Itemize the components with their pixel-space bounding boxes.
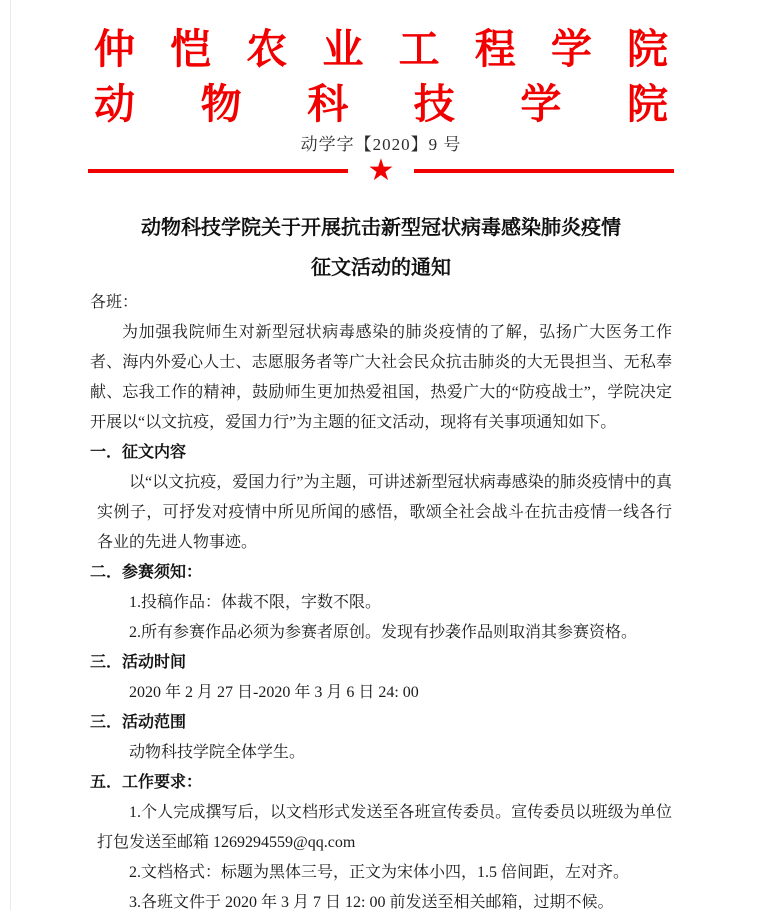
star-icon: ★ xyxy=(368,158,395,184)
section-heading: 二．参赛须知： xyxy=(90,558,672,588)
org-name-char: 农 xyxy=(246,22,287,77)
doc-title: 动物科技学院关于开展抗击新型冠状病毒感染肺炎疫情 征文活动的通知 xyxy=(90,208,672,288)
org-name-char: 程 xyxy=(475,22,516,77)
section-paragraph: 以“以文抗疫，爱国力行”为主题，可讲述新型冠状病毒感染的肺炎疫情中的真实例子，可… xyxy=(90,468,672,558)
section-heading: 三．活动时间 xyxy=(90,648,672,678)
red-line-right xyxy=(414,169,674,173)
document-page: 仲恺农业工程学院 动物科技学院 动学字【2020】9 号 ★ 动物科技学院关于开… xyxy=(0,0,762,910)
doc-title-line1: 动物科技学院关于开展抗击新型冠状病毒感染肺炎疫情 xyxy=(90,208,672,248)
org-name-char: 科 xyxy=(307,77,348,132)
org-name-char: 技 xyxy=(414,77,455,132)
org-name-char: 物 xyxy=(201,77,242,132)
section-paragraph: 2020 年 2 月 27 日-2020 年 3 月 6 日 24: 00 xyxy=(90,678,672,708)
org-name-line2: 动物科技学院 xyxy=(94,77,668,132)
sections-container: 一．征文内容以“以文抗疫，爱国力行”为主题，可讲述新型冠状病毒感染的肺炎疫情中的… xyxy=(90,438,672,910)
section-heading: 一．征文内容 xyxy=(90,438,672,468)
section-paragraph: 2.所有参赛作品必须为参赛者原创。发现有抄袭作品则取消其参赛资格。 xyxy=(90,618,672,648)
red-line-left xyxy=(88,169,348,173)
org-name-char: 业 xyxy=(322,22,363,77)
org-name-char: 工 xyxy=(399,22,440,77)
section-heading: 五．工作要求： xyxy=(90,768,672,798)
org-name-char: 学 xyxy=(520,77,561,132)
section-heading: 三．活动范围 xyxy=(90,708,672,738)
section-paragraph: 1.投稿作品：体裁不限，字数不限。 xyxy=(90,588,672,618)
org-name-char: 动 xyxy=(94,77,135,132)
org-name-char: 恺 xyxy=(170,22,211,77)
org-name-char: 院 xyxy=(627,22,668,77)
section-paragraph: 2.文档格式：标题为黑体三号，正文为宋体小四，1.5 倍间距，左对齐。 xyxy=(90,858,672,888)
doc-title-line2: 征文活动的通知 xyxy=(90,248,672,288)
org-name-line1: 仲恺农业工程学院 xyxy=(94,22,668,77)
letterhead: 仲恺农业工程学院 动物科技学院 xyxy=(0,0,762,132)
org-name-char: 院 xyxy=(627,77,668,132)
org-name-char: 仲 xyxy=(94,22,135,77)
section-paragraph: 3.各班文件于 2020 年 3 月 7 日 12: 00 前发送至相关邮箱，过… xyxy=(90,888,672,910)
section-paragraph: 1.个人完成撰写后，以文档形式发送至各班宣传委员。宣传委员以班级为单位打包发送至… xyxy=(90,798,672,858)
salutation: 各班： xyxy=(90,288,672,318)
org-name-char: 学 xyxy=(551,22,592,77)
intro-paragraph: 为加强我院师生对新型冠状病毒感染的肺炎疫情的了解，弘扬广大医务工作者、海内外爱心… xyxy=(90,318,672,438)
section-paragraph: 动物科技学院全体学生。 xyxy=(90,738,672,768)
doc-body: 各班： 为加强我院师生对新型冠状病毒感染的肺炎疫情的了解，弘扬广大医务工作者、海… xyxy=(90,288,672,910)
red-divider: ★ xyxy=(88,158,674,184)
